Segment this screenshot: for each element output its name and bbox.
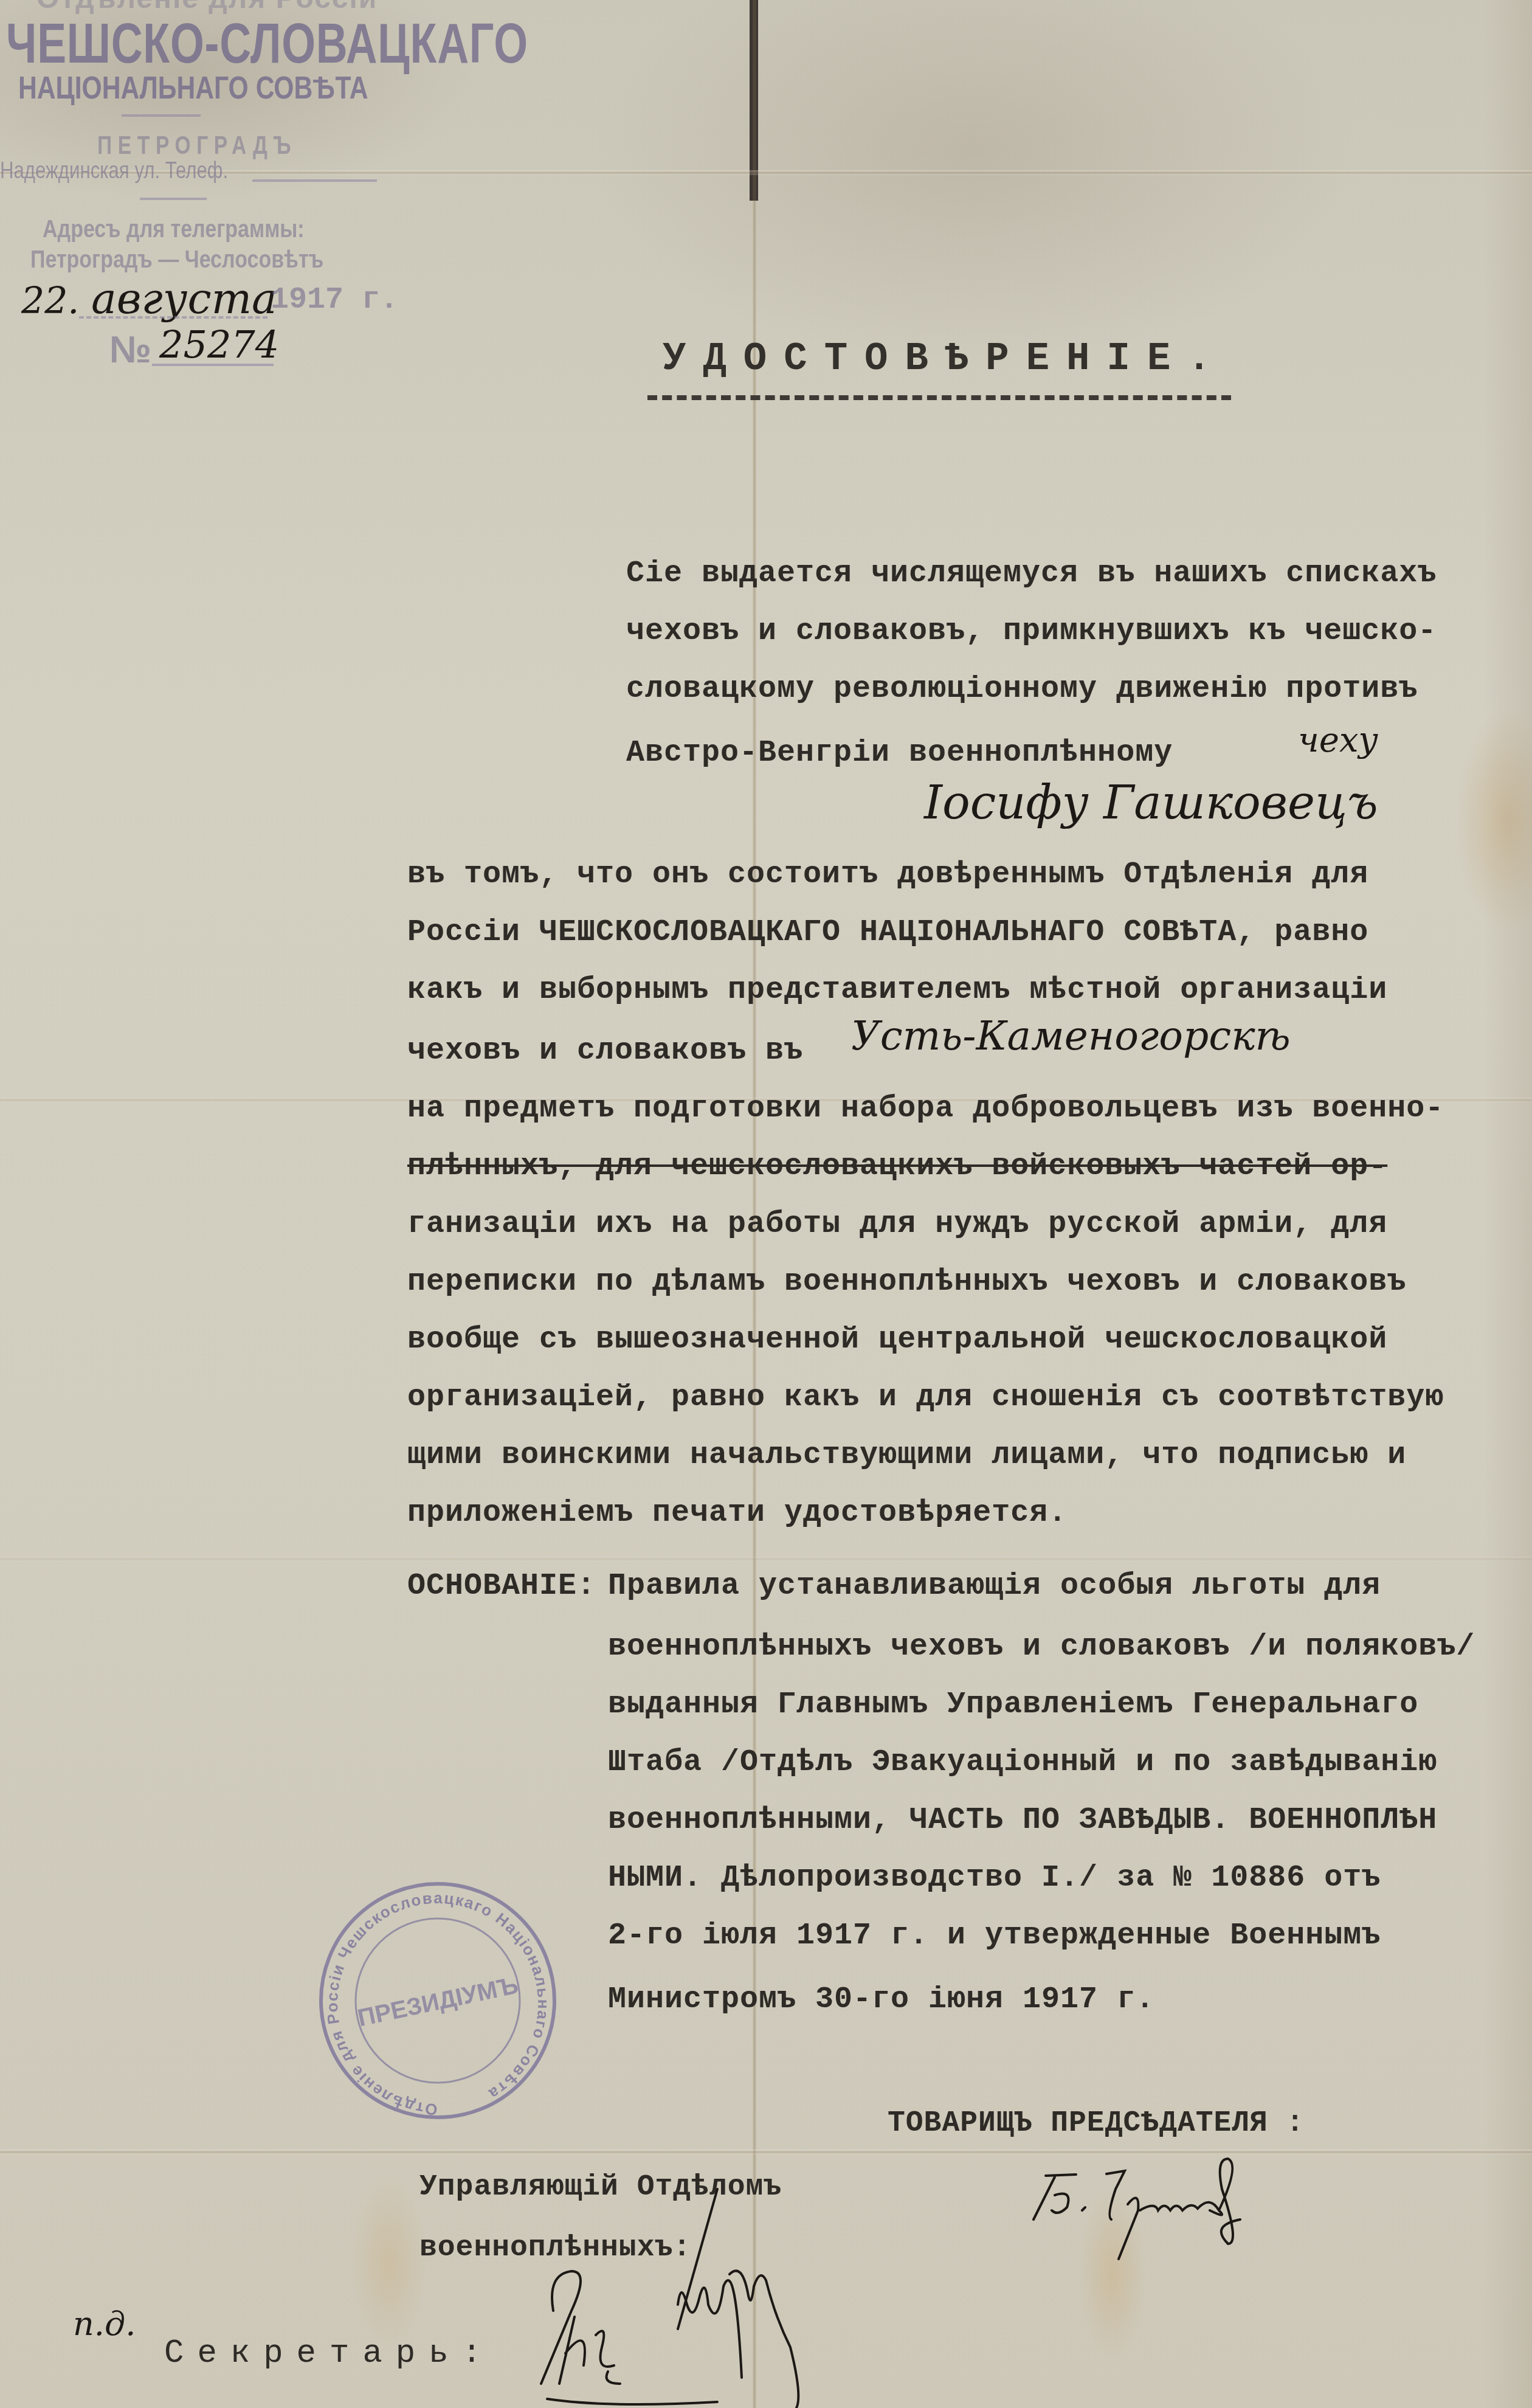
body-line: организаціей, равно какъ и для сношенія … <box>407 1380 1444 1415</box>
signature-icon <box>535 2262 730 2408</box>
basis-line: Правила устанавливающія особыя льготы дл… <box>608 1569 1381 1604</box>
scanned-certificate-page: Отдѣленіе для Россіи ЧЕШСКО-СЛОВАЦКАГО Н… <box>0 0 1532 2408</box>
body-line: чеховъ и словаковъ въ <box>407 1034 803 1068</box>
deputy-chair-label: ТОВАРИЩЪ ПРЕДСѢДАТЕЛЯ : <box>888 2107 1305 2140</box>
body-line: плѣнныхъ, для чешскословацкихъ войсковых… <box>407 1149 1387 1184</box>
horizontal-fold-crease <box>0 1557 1532 1562</box>
date-day-handwritten: 22. <box>21 280 79 322</box>
basis-line: Министромъ 30-го іюня 1917 г. <box>608 1982 1154 2017</box>
document-number-handwritten: 25274 <box>159 322 279 367</box>
letterhead-address: Надеждинская ул. Телеф. <box>0 158 228 184</box>
body-line: Россіи ЧЕШСКОСЛОВАЦКАГО НАЦІОНАЛЬНАГО СО… <box>407 915 1368 950</box>
basis-line: НЫМИ. Дѣлопроизводство I./ за № 10886 от… <box>608 1861 1381 1895</box>
letterhead-divider <box>122 114 201 117</box>
intro-line: словацкому революціонному движенію проти… <box>626 672 1418 707</box>
body-line: какъ и выборнымъ представителемъ мѣстной… <box>407 973 1387 1008</box>
secretary-label: Секретарь: <box>164 2335 495 2372</box>
title-underline <box>647 395 1231 400</box>
body-line: вообще съ вышеозначенной центральной чеш… <box>407 1323 1387 1357</box>
document-title: УДОСТОВѢРЕНІЕ. <box>663 337 1228 381</box>
signature-icon <box>1009 2153 1325 2274</box>
number-underline <box>152 364 274 366</box>
telegram-label: Адресъ для телеграммы: <box>43 216 305 243</box>
basis-label: ОСНОВАНІЕ: <box>407 1569 596 1604</box>
basis-line: военноплѣнными, ЧАСТЬ ПО ЗАВѢДЫВ. ВОЕННО… <box>608 1803 1437 1838</box>
seal-icon: Отдѣленіе для Россіи Чешскословацкаго На… <box>310 1879 565 2122</box>
official-round-seal: Отдѣленіе для Россіи Чешскословацкаго На… <box>310 1879 565 2122</box>
secretary-signature <box>535 2262 730 2408</box>
body-line: приложеніемъ печати удостовѣряется. <box>407 1496 1067 1531</box>
secretary-prefix-handwritten: п.д. <box>73 2305 136 2343</box>
intro-line: чеховъ и словаковъ, примкнувшихъ къ чешс… <box>626 614 1437 649</box>
intro-line: Сіе выдается числящемуся въ нашихъ списк… <box>626 556 1437 591</box>
letterhead-organization: ЧЕШСКО-СЛОВАЦКАГО <box>6 12 528 76</box>
horizontal-fold-crease <box>0 170 1532 175</box>
body-line: въ томъ, что онъ состоитъ довѣреннымъ От… <box>407 857 1368 892</box>
number-label: № <box>109 328 151 372</box>
seal-center-text: ПРЕЗИДІУМЪ <box>356 1972 521 2032</box>
nationality-handwritten: чеху <box>1298 721 1378 760</box>
date-year: 1917 г. <box>271 283 398 317</box>
basis-line: Штаба /Отдѣлъ Эвакуаціонный и по завѣдыв… <box>608 1745 1437 1780</box>
letterhead-divider <box>140 198 207 200</box>
basis-line: военноплѣнныхъ чеховъ и словаковъ /и пол… <box>608 1630 1475 1664</box>
basis-line: выданныя Главнымъ Управленіемъ Генеральн… <box>608 1687 1418 1722</box>
recipient-name-handwritten: Іосифу Гашковецъ <box>924 775 1378 829</box>
basis-line: 2-го іюля 1917 г. и утвержденные Военным… <box>608 1918 1381 1953</box>
letterhead-city: ПЕТРОГРАДЪ <box>97 131 297 160</box>
body-line: переписки по дѣламъ военноплѣнныхъ чехов… <box>407 1265 1406 1299</box>
city-handwritten: Усть-Каменогорскѣ <box>851 1012 1291 1059</box>
telegram-address: Петроградъ — Чеслосовѣтъ <box>30 246 323 274</box>
body-line: щими воинскими начальствующими лицами, ч… <box>407 1438 1406 1473</box>
paper-edge-shading <box>1483 0 1532 2408</box>
letterhead-council: НАЦІОНАЛЬНАГО СОВѢТА <box>18 70 368 106</box>
deputy-chair-signature <box>1009 2153 1325 2277</box>
date-underline <box>79 316 267 319</box>
body-line: ганизаціи ихъ на работы для нуждъ русско… <box>407 1207 1387 1242</box>
letterhead-address-rule <box>252 179 377 182</box>
body-line: на предметъ подготовки набора добровольц… <box>407 1092 1444 1126</box>
intro-line: Австро-Венгріи военноплѣнному <box>626 736 1173 770</box>
